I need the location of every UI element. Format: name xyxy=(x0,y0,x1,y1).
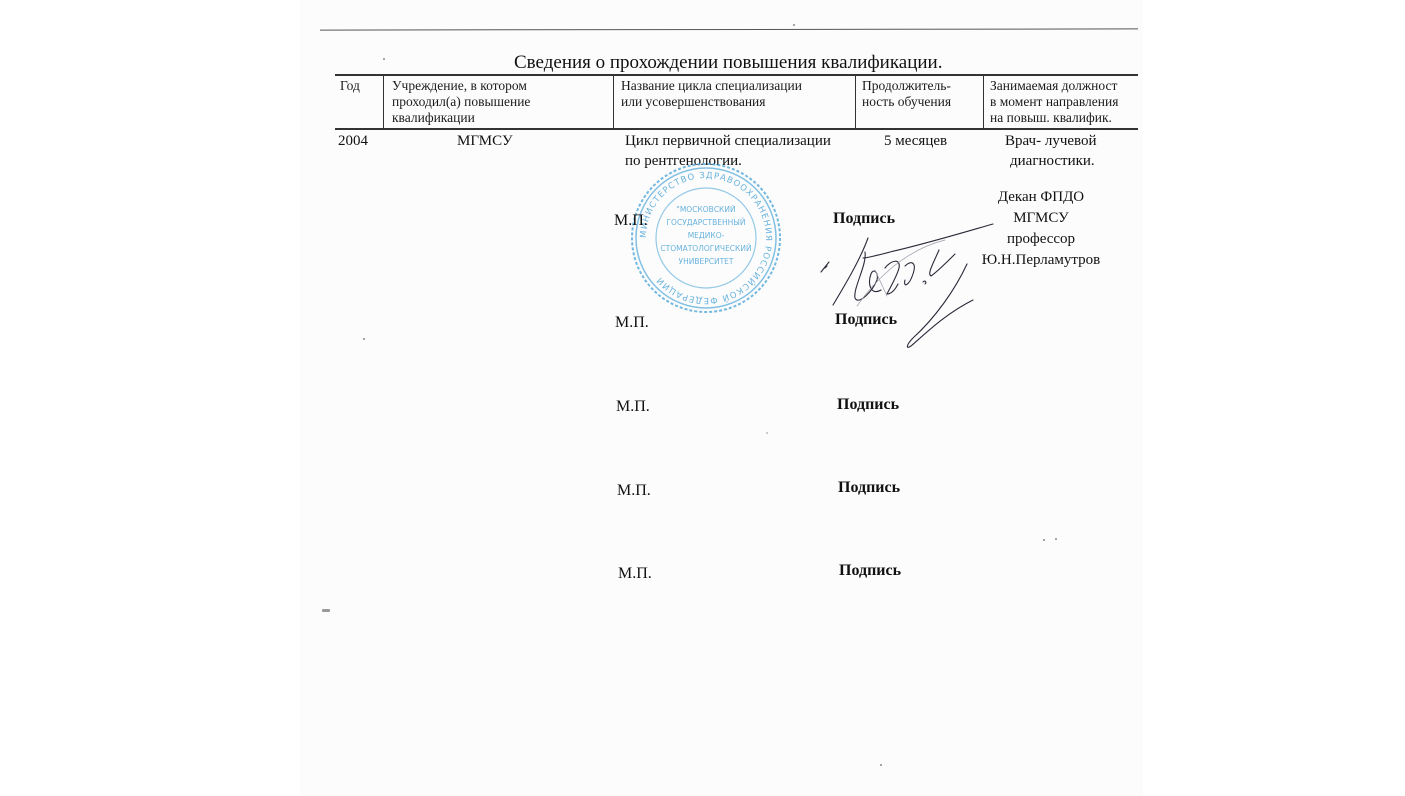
scan-speck xyxy=(793,24,795,26)
scan-speck xyxy=(383,58,385,60)
scan-speck xyxy=(880,764,882,766)
stamp-inner-line: УНИВЕРСИТЕТ xyxy=(679,257,734,266)
cell-cycle-line1: Цикл первичной специализации xyxy=(625,132,831,151)
seal-place-label: М.П. xyxy=(617,482,651,500)
cell-institution: МГМСУ xyxy=(457,132,513,151)
seal-place-label: М.П. xyxy=(615,314,649,332)
header-cycle-name: Название цикла специализации или усоверш… xyxy=(621,78,853,110)
header-line: Учреждение, в котором xyxy=(392,78,610,94)
scan-speck xyxy=(1055,538,1057,540)
signature-scribble-icon xyxy=(815,210,1015,360)
header-line: ность обучения xyxy=(862,94,980,110)
column-divider xyxy=(613,74,614,129)
document-title: Сведения о прохождении повышения квалифи… xyxy=(514,52,942,74)
column-divider xyxy=(383,74,384,129)
signatory-title: Декан ФПДО xyxy=(966,187,1116,208)
stamp-inner-line: ГОСУДАРСТВЕННЫЙ xyxy=(666,218,745,227)
cell-position-line2: диагностики. xyxy=(1010,152,1095,171)
cell-position-line1: Врач- лучевой xyxy=(1005,132,1097,151)
signature-label: Подпись xyxy=(837,396,899,414)
header-year: Год xyxy=(340,78,380,94)
seal-place-label: М.П. xyxy=(618,565,652,583)
header-year-text: Год xyxy=(340,78,380,94)
header-line: или усовершенствования xyxy=(621,94,853,110)
seal-place-label: М.П. xyxy=(616,398,650,416)
handwritten-signature xyxy=(815,210,1015,360)
header-line: Занимаемая должност xyxy=(990,78,1138,94)
header-line: в момент направления xyxy=(990,94,1138,110)
scan-speck xyxy=(1043,539,1045,541)
stamp-inner-line: "МОСКОВСКИЙ xyxy=(676,205,735,214)
signature-label: Подпись xyxy=(838,479,900,497)
official-stamp: МИНИСТЕРСТВО ЗДРАВООХРАНЕНИЯ РОССИЙСКОЙ … xyxy=(628,160,784,316)
cell-duration: 5 месяцев xyxy=(884,132,947,151)
cell-year: 2004 xyxy=(338,132,368,151)
header-line: проходил(а) повышение xyxy=(392,94,610,110)
stamp-inner-line: МЕДИКО- xyxy=(688,231,725,240)
scan-speck xyxy=(766,432,768,434)
header-line: на повыш. квалифик. xyxy=(990,110,1138,126)
stamp-inner-line: СТОМАТОЛОГИЧЕСКИЙ xyxy=(660,244,751,253)
header-line: квалификации xyxy=(392,110,610,126)
column-divider xyxy=(983,74,984,129)
header-line: Название цикла специализации xyxy=(621,78,853,94)
table-top-border xyxy=(335,74,1138,76)
scan-speck xyxy=(322,609,330,612)
header-institution: Учреждение, в котором проходил(а) повыше… xyxy=(392,78,610,126)
column-divider xyxy=(855,74,856,129)
signature-label: Подпись xyxy=(839,562,901,580)
header-line: Продолжитель- xyxy=(862,78,980,94)
header-duration: Продолжитель- ность обучения xyxy=(862,78,980,110)
scan-speck xyxy=(363,338,365,340)
seal-place-label: М.П. xyxy=(614,212,648,230)
header-position: Занимаемая должност в момент направления… xyxy=(990,78,1138,126)
stamp-seal-icon: МИНИСТЕРСТВО ЗДРАВООХРАНЕНИЯ РОССИЙСКОЙ … xyxy=(628,160,784,316)
table-header-bottom-border xyxy=(335,128,1138,130)
